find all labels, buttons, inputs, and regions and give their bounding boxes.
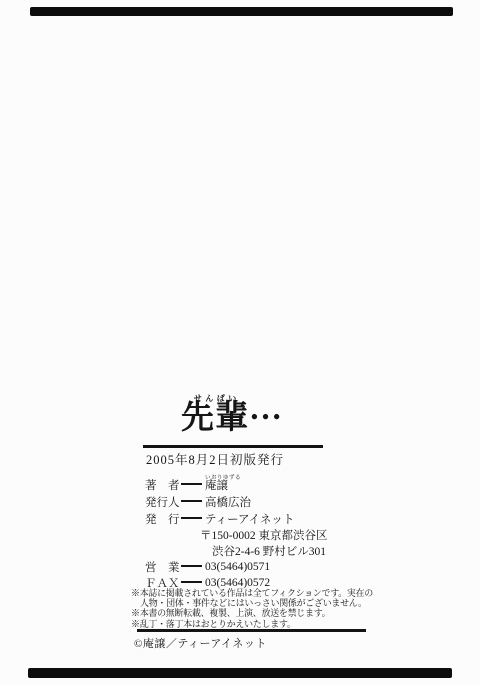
row-sales-phone: 営 業03(5464)0571 [145,559,270,575]
colophon-page: せんぱい 先輩… 2005年8月2日初版発行 著 者いおりゆずる庵譲 発行人高橋… [0,0,480,685]
publisher-address-line1: 〒150-0002 東京都渋谷区 [200,527,327,543]
disclaimer-notes: ※本誌に掲載されている作品は全てフィクションです。実在の 人物・団体・事件などに… [131,588,377,629]
copyright-divider-rule [137,629,366,632]
row-author-label: 著 者 [145,477,179,493]
book-title: 先輩… [181,400,282,436]
note-fiction-disclaimer: ※本誌に掲載されている作品は全てフィクションです。実在の 人物・団体・事件などに… [131,588,377,608]
sales-phone-number: 03(5464)0571 [205,561,270,573]
row-author: 著 者いおりゆずる庵譲 [145,477,228,493]
row-publisher-label: 発 行 [145,511,179,527]
publisher-name: ティーアイネット [205,514,294,526]
author-name: 庵譲 [205,480,228,492]
publisher-person-name: 高橋広治 [205,497,251,509]
top-scan-edge-bar [30,7,453,16]
row-publisher: 発 行ティーアイネット [145,511,294,527]
publisher-address-line2: 渋谷2-4-6 野村ビル301 [212,543,326,559]
dash-line [181,483,202,484]
dash-line [181,500,202,501]
dash-line [181,581,202,582]
note-defective-copies: ※乱丁・落丁本はおとりかえいたします。 [131,619,377,629]
copyright-line: ©庵譲／ティーアイネット [134,635,267,651]
book-title-ellipsis: … [249,391,282,427]
book-title-main: 先輩 [181,400,249,436]
note-no-reproduction: ※本書の無断転載、複製、上演、放送を禁じます。 [131,608,377,618]
row-sales-label: 営 業 [145,559,179,575]
title-divider-rule [143,445,323,448]
row-publisher-person: 発行人高橋広治 [145,494,251,510]
bottom-scan-edge-bar [28,668,452,678]
row-publisher-person-label: 発行人 [145,494,179,510]
author-furigana: いおりゆずる [205,473,241,481]
dash-line [181,565,202,566]
edition-date-line: 2005年8月2日初版発行 [146,450,284,468]
dash-line [181,517,202,518]
row-author-value: いおりゆずる庵譲 [205,480,228,492]
